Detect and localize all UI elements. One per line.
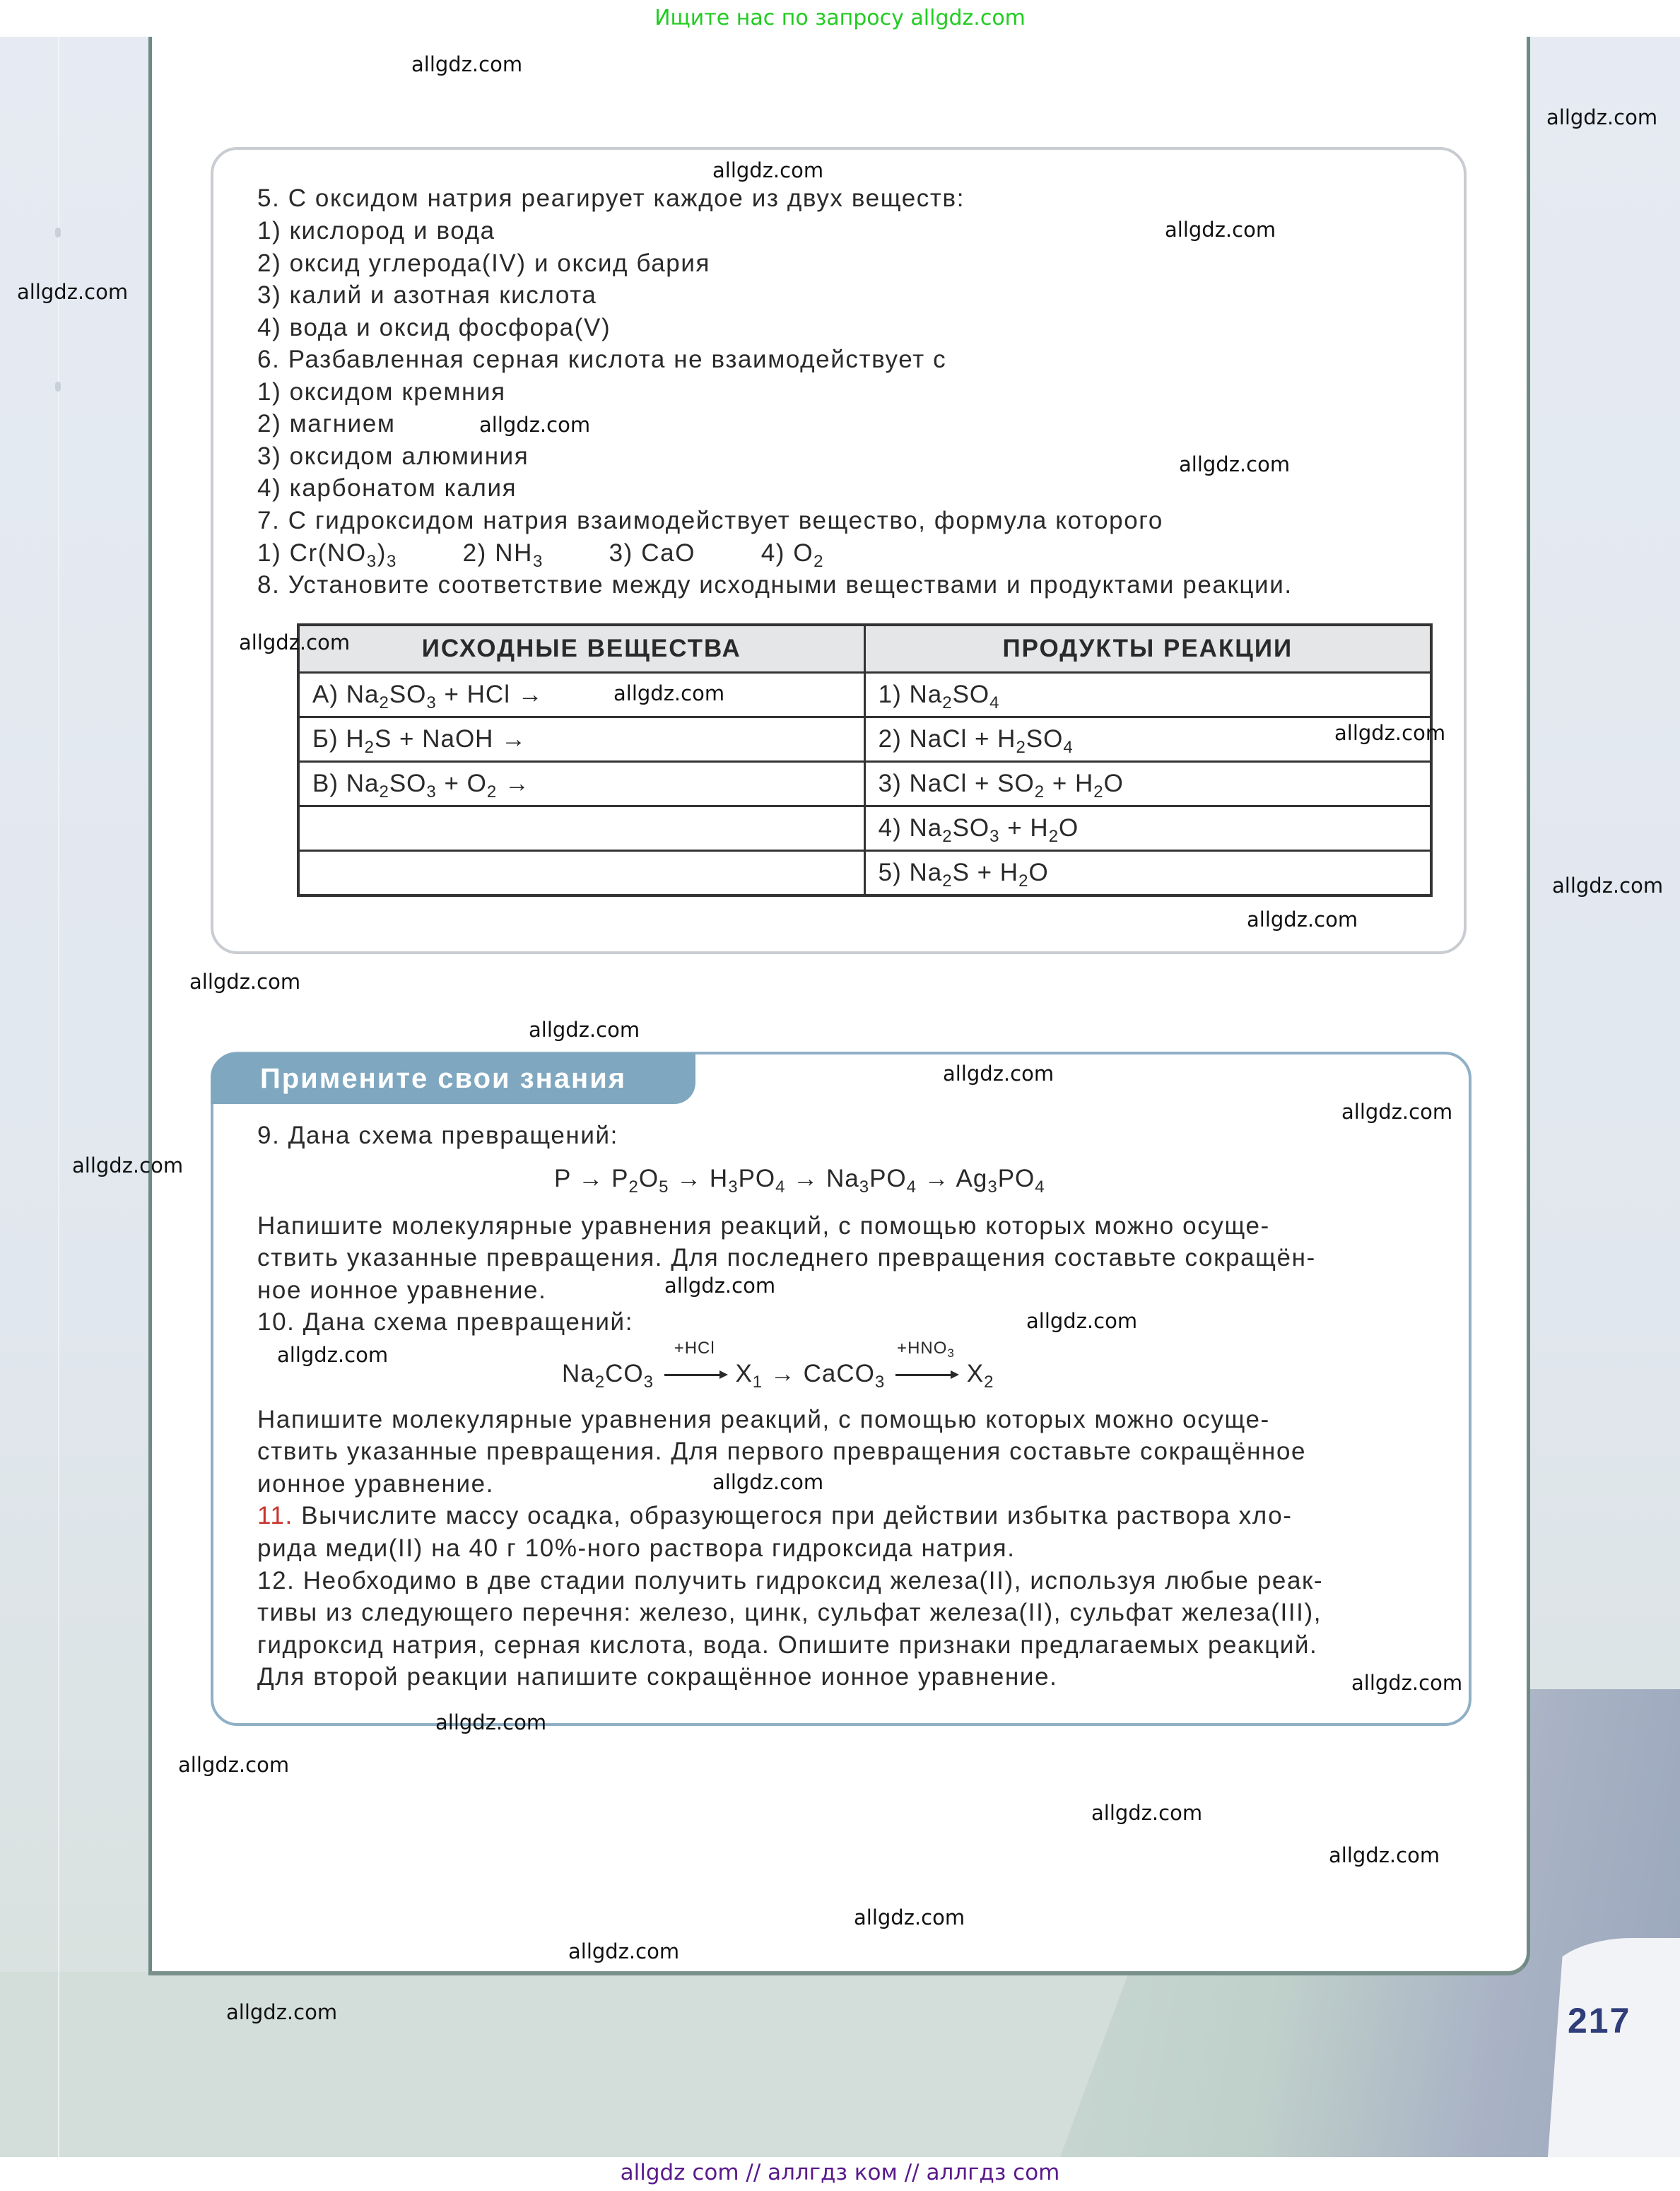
q10-text-line: ствить указанные превращения. Для первог…	[257, 1435, 1306, 1468]
watermark: allgdz.com	[1546, 105, 1657, 129]
reactant-cell: А) Na2SO3 + HCl →	[298, 673, 864, 717]
table-row: 5) Na2S + H2O	[298, 851, 1431, 896]
watermark: allgdz.com	[479, 413, 590, 437]
watermark: allgdz.com	[277, 1343, 388, 1367]
question-8: 8. Установите соответствие между исходны…	[257, 569, 1293, 601]
table-row: 4) Na2SO3 + H2O	[298, 806, 1431, 851]
q6-option-3: 3) оксидом алюминия	[257, 440, 529, 473]
q11-number: 11.	[257, 1502, 293, 1529]
q9-scheme: P → P2O5 → H3PO4 → Na3PO4 → Ag3PO4	[554, 1165, 1045, 1193]
product-cell: 1) Na2SO4	[864, 673, 1431, 717]
q5-option-3: 3) калий и азотная кислота	[257, 279, 597, 312]
watermark: allgdz.com	[1026, 1309, 1137, 1333]
q7-option-3: 3) CaO	[609, 539, 695, 567]
watermark: allgdz.com	[613, 681, 724, 705]
reactant-cell: Б) H2S + NaOH →	[298, 717, 864, 762]
watermark: allgdz.com	[1334, 721, 1445, 745]
arrow-hno3: +HNO3	[893, 1360, 959, 1388]
watermark: allgdz.com	[943, 1062, 1054, 1086]
table-row: А) Na2SO3 + HCl →1) Na2SO4	[298, 673, 1431, 717]
q11-text-line: рида меди(II) на 40 г 10%-ного раствора …	[257, 1532, 1016, 1565]
page-number: 217	[1568, 2000, 1631, 2041]
question-9: 9. Дана схема превращений:	[257, 1120, 618, 1152]
q6-option-4: 4) карбонатом калия	[257, 472, 517, 505]
q7-options: 1) Cr(NO3)3 2) NH3 3) CaO 4) O2	[257, 537, 824, 570]
watermark: allgdz.com	[178, 1753, 289, 1777]
table-header-row: ИСХОДНЫЕ ВЕЩЕСТВА ПРОДУКТЫ РЕАКЦИИ	[298, 625, 1431, 673]
section-header: Примените свои знания	[211, 1053, 695, 1104]
watermark: allgdz.com	[1341, 1100, 1452, 1124]
q12-text-line: тивы из следующего перечня: железо, цинк…	[257, 1597, 1322, 1629]
matching-table: ИСХОДНЫЕ ВЕЩЕСТВА ПРОДУКТЫ РЕАКЦИИ А) Na…	[297, 623, 1433, 897]
watermark: allgdz.com	[664, 1274, 775, 1298]
q10-scheme: Na2CO3 +HCl X1 → CaCO3 +HNO3 X2	[562, 1360, 994, 1388]
question-5: 5. С оксидом натрия реагирует каждое из …	[257, 182, 965, 215]
arrow-icon: →	[770, 1360, 796, 1387]
watermark: allgdz.com	[1179, 452, 1290, 476]
watermark: allgdz.com	[411, 52, 522, 76]
q6-option-1: 1) оксидом кремния	[257, 376, 506, 409]
reactant-cell	[298, 806, 864, 851]
watermark: allgdz.com	[1329, 1843, 1440, 1867]
watermark: allgdz.com	[529, 1018, 640, 1042]
question-10: 10. Дана схема превращений:	[257, 1306, 633, 1339]
watermark: allgdz.com	[1247, 907, 1358, 932]
watermark: allgdz.com	[854, 1905, 965, 1929]
watermark: allgdz.com	[435, 1710, 546, 1734]
reactant-cell	[298, 851, 864, 896]
q9-text-line: ствить указанные превращения. Для послед…	[257, 1242, 1316, 1274]
q5-option-2: 2) оксид углерода(IV) и оксид бария	[257, 247, 710, 280]
q10-text-line: ионное уравнение.	[257, 1468, 494, 1500]
q7-option-1: 1) Cr(NO3)3	[257, 539, 397, 567]
q12-text-line: гидроксид натрия, серная кислота, вода. …	[257, 1629, 1317, 1662]
watermark: allgdz.com	[1552, 874, 1663, 898]
watermark: allgdz.com	[1165, 218, 1276, 242]
q6-option-2: 2) магнием	[257, 408, 396, 440]
watermark: allgdz.com	[1351, 1671, 1462, 1695]
watermark: allgdz.com	[239, 630, 350, 654]
binding-stitch	[55, 382, 61, 392]
question-11: 11. Вычислите массу осадка, образующегос…	[257, 1500, 1293, 1532]
product-cell: 3) NaCl + SO2 + H2O	[864, 762, 1431, 806]
question-12: 12. Необходимо в две стадии получить гид…	[257, 1565, 1323, 1597]
q7-option-4: 4) O2	[761, 539, 824, 567]
binding-stitch	[55, 228, 61, 237]
watermark: allgdz.com	[72, 1153, 183, 1177]
watermark: allgdz.com	[712, 158, 823, 182]
page-number-tab	[1548, 1938, 1680, 2157]
q9-text-line: ное ионное уравнение.	[257, 1274, 546, 1307]
watermark: allgdz.com	[568, 1939, 679, 1963]
table-row: Б) H2S + NaOH →2) NaCl + H2SO4	[298, 717, 1431, 762]
watermark: allgdz.com	[226, 2000, 337, 2024]
question-6: 6. Разбавленная серная кислота не взаимо…	[257, 343, 946, 376]
header-products: ПРОДУКТЫ РЕАКЦИИ	[864, 625, 1431, 673]
watermark: allgdz.com	[712, 1470, 823, 1494]
search-banner: Ищите нас по запросу allgdz.com	[0, 0, 1680, 37]
watermark: allgdz.com	[189, 970, 300, 994]
question-7: 7. С гидроксидом натрия взаимодействует …	[257, 505, 1163, 537]
q10-text-line: Напишите молекулярные уравнения реакций,…	[257, 1404, 1270, 1436]
product-cell: 5) Na2S + H2O	[864, 851, 1431, 896]
q5-option-1: 1) кислород и вода	[257, 215, 495, 247]
q12-text-line: Для второй реакции напишите сокращённое …	[257, 1661, 1057, 1693]
watermark: allgdz.com	[17, 280, 128, 304]
q9-text-line: Напишите молекулярные уравнения реакций,…	[257, 1210, 1270, 1243]
q7-option-2: 2) NH3	[463, 539, 544, 567]
footer-links: allgdz com // аллгдз ком // аллгдз com	[0, 2157, 1680, 2191]
watermark: allgdz.com	[1091, 1801, 1202, 1825]
product-cell: 4) Na2SO3 + H2O	[864, 806, 1431, 851]
arrow-hcl: +HCl	[662, 1360, 728, 1388]
table-row: В) Na2SO3 + O2 →3) NaCl + SO2 + H2O	[298, 762, 1431, 806]
q5-option-4: 4) вода и оксид фосфора(V)	[257, 312, 611, 344]
reactant-cell: В) Na2SO3 + O2 →	[298, 762, 864, 806]
header-reactants: ИСХОДНЫЕ ВЕЩЕСТВА	[298, 625, 864, 673]
binding-thread	[58, 37, 59, 2157]
